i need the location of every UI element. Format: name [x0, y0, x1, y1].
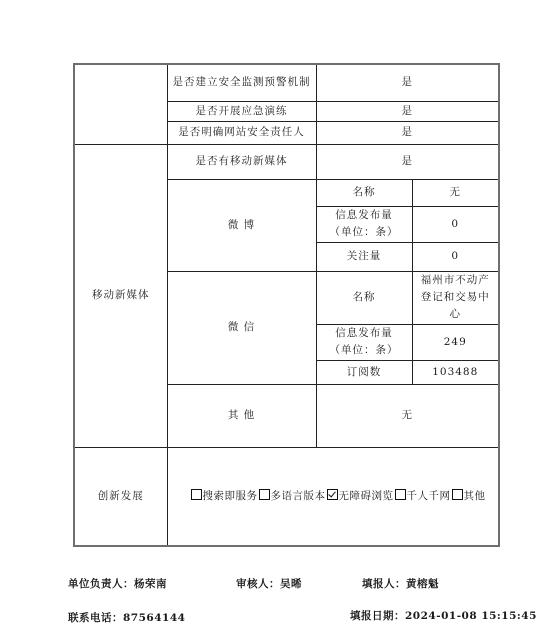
weibo-followers-label: 关注量	[316, 242, 412, 271]
wechat-name-label: 名称	[316, 271, 412, 324]
security-row-value: 是	[316, 101, 499, 121]
checkbox-personalized[interactable]	[395, 489, 406, 500]
weibo-posts-label-line2: （单位：条）	[320, 224, 409, 241]
wechat-posts-value: 249	[412, 324, 499, 360]
other-media-label: 其 他	[167, 384, 316, 447]
wechat-subscribers-value: 103488	[412, 360, 499, 384]
security-row-value: 是	[316, 64, 499, 101]
security-row-label: 是否开展应急演练	[167, 101, 316, 121]
option-label: 搜索即服务	[203, 490, 258, 502]
weibo-posts-label: 信息发布量 （单位：条）	[316, 206, 412, 242]
wechat-subscribers-label: 订阅数	[316, 360, 412, 384]
weibo-posts-value: 0	[412, 206, 499, 242]
fill-date: 填报日期：2024-01-08 15:15:45	[350, 608, 537, 623]
option-label: 多语言版本	[271, 490, 326, 502]
weibo-name-value: 无	[412, 179, 499, 206]
security-row-label: 是否明确网站安全责任人	[167, 121, 316, 144]
weibo-label: 微 博	[167, 179, 316, 271]
checkbox-search-service[interactable]	[191, 489, 202, 500]
wechat-posts-label-line2: （单位：条）	[320, 342, 409, 359]
wechat-posts-label-line1: 信息发布量	[320, 325, 409, 342]
security-row-label: 是否建立安全监测预警机制	[167, 64, 316, 101]
weibo-followers-value: 0	[412, 242, 499, 271]
reviewer: 审核人：吴晞	[236, 576, 302, 591]
security-section-cell	[74, 64, 167, 144]
checkbox-accessible-browsing[interactable]	[327, 489, 338, 500]
other-media-value: 无	[316, 384, 499, 447]
unit-head: 单位负责人：杨荣南	[68, 576, 167, 591]
contact-phone: 联系电话：87564144	[68, 610, 185, 625]
option-label: 其他	[464, 490, 486, 502]
has-mobile-media-value: 是	[316, 144, 499, 179]
has-mobile-media-label: 是否有移动新媒体	[167, 144, 316, 179]
website-report-table: 是否建立安全监测预警机制 是 是否开展应急演练 是 是否明确网站安全责任人 是 …	[73, 63, 500, 547]
wechat-name-value: 福州市不动产登记和交易中心	[412, 271, 499, 324]
option-label: 无障碍浏览	[339, 490, 394, 502]
checkbox-multilingual[interactable]	[259, 489, 270, 500]
security-row-value: 是	[316, 121, 499, 144]
innovation-label: 创新发展	[74, 447, 167, 546]
innovation-options: 搜索即服务多语言版本无障碍浏览千人千网其他	[167, 447, 499, 546]
wechat-posts-label: 信息发布量 （单位：条）	[316, 324, 412, 360]
filler: 填报人：黄榕魁	[362, 576, 439, 591]
weibo-posts-label-line1: 信息发布量	[320, 207, 409, 224]
wechat-label: 微 信	[167, 271, 316, 384]
mobile-media-section-label: 移动新媒体	[74, 144, 167, 447]
checkbox-other[interactable]	[452, 489, 463, 500]
option-label: 千人千网	[407, 490, 451, 502]
weibo-name-label: 名称	[316, 179, 412, 206]
